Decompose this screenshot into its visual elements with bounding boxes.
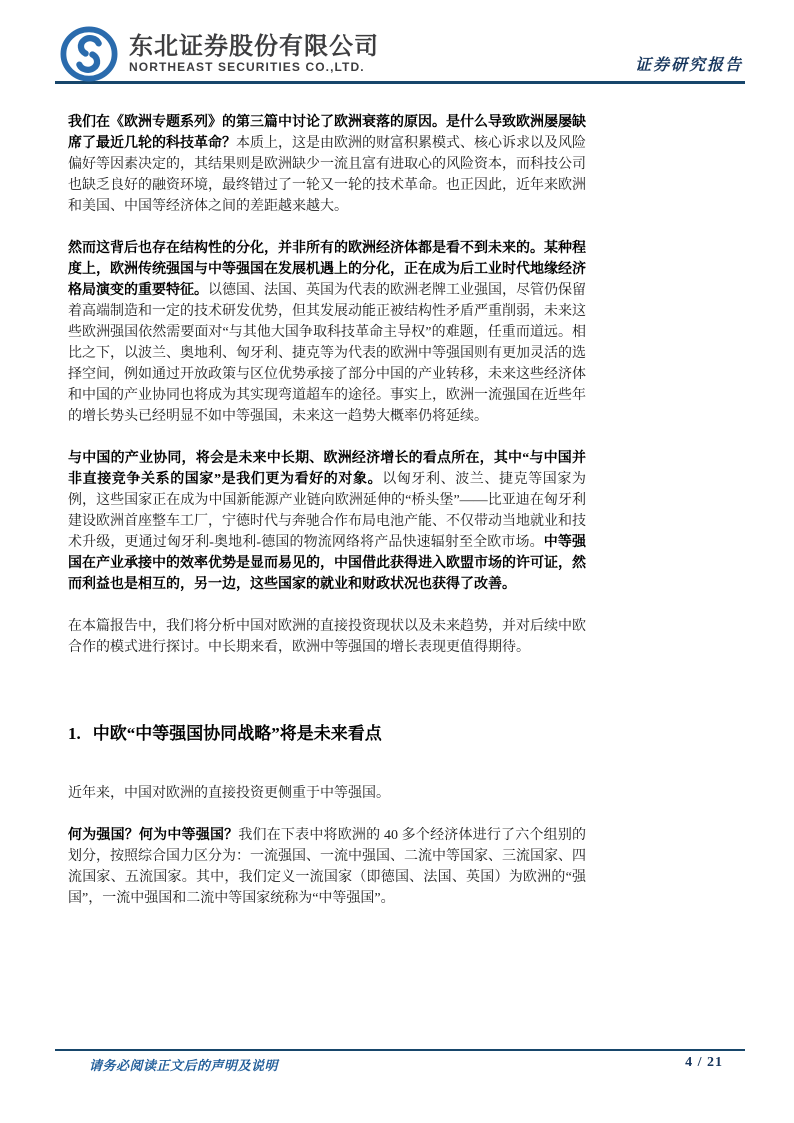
footer-disclaimer: 请务必阅读正文后的声明及说明 [89, 1055, 278, 1074]
company-name-en: NORTHEAST SECURITIES CO.,LTD. [129, 60, 379, 75]
paragraph: 在本篇报告中，我们将分析中国对欧洲的直接投资现状以及未来趋势，并对后续中欧合作的… [68, 616, 586, 658]
page-number: 4 / 21 [685, 1055, 723, 1071]
company-name-cn: 东北证券股份有限公司 [129, 33, 379, 60]
section-title: 中欧“中等强国协同战略”将是未来看点 [93, 724, 382, 743]
paragraph: 何为强国？何为中等强国？我们在下表中将欧洲的 40 多个经济体进行了六个组别的划… [68, 825, 586, 909]
section-number: 1. [68, 724, 81, 743]
paragraph: 与中国的产业协同，将会是未来中长期、欧洲经济增长的看点所在，其中“与中国并非直接… [68, 448, 586, 595]
paragraph: 我们在《欧洲专题系列》的第三篇中讨论了欧洲衰落的原因。是什么导致欧洲屡屡缺席了最… [68, 112, 586, 217]
paragraph: 然而这背后也存在结构性的分化，并非所有的欧洲经济体都是看不到未来的。某种程度上，… [68, 238, 586, 427]
page-header: 东北证券股份有限公司 NORTHEAST SECURITIES CO.,LTD.… [55, 0, 745, 84]
report-type-label: 证券研究报告 [635, 52, 743, 75]
northeast-securities-logo-icon [57, 26, 121, 82]
report-body: 我们在《欧洲专题系列》的第三篇中讨论了欧洲衰落的原因。是什么导致欧洲屡屡缺席了最… [68, 112, 586, 930]
paragraph-text: 在本篇报告中，我们将分析中国对欧洲的直接投资现状以及未来趋势，并对后续中欧合作的… [68, 619, 586, 655]
paragraph-text: 何为强国？何为中等强国？ [68, 828, 238, 843]
paragraph-text: 近年来，中国对欧洲的直接投资更侧重于中等强国。 [68, 786, 390, 801]
section-heading: 1.中欧“中等强国协同战略”将是未来看点 [68, 722, 586, 746]
report-page: 东北证券股份有限公司 NORTHEAST SECURITIES CO.,LTD.… [0, 0, 794, 1123]
company-name-block: 东北证券股份有限公司 NORTHEAST SECURITIES CO.,LTD. [129, 33, 379, 75]
page-footer: 请务必阅读正文后的声明及说明 4 / 21 [55, 1049, 745, 1074]
paragraph: 近年来，中国对欧洲的直接投资更侧重于中等强国。 [68, 783, 586, 804]
company-brand: 东北证券股份有限公司 NORTHEAST SECURITIES CO.,LTD. [57, 26, 379, 82]
paragraph-text: 以德国、法国、英国为代表的欧洲老牌工业强国，尽管仍保留着高端制造和一定的技术研发… [68, 283, 586, 424]
